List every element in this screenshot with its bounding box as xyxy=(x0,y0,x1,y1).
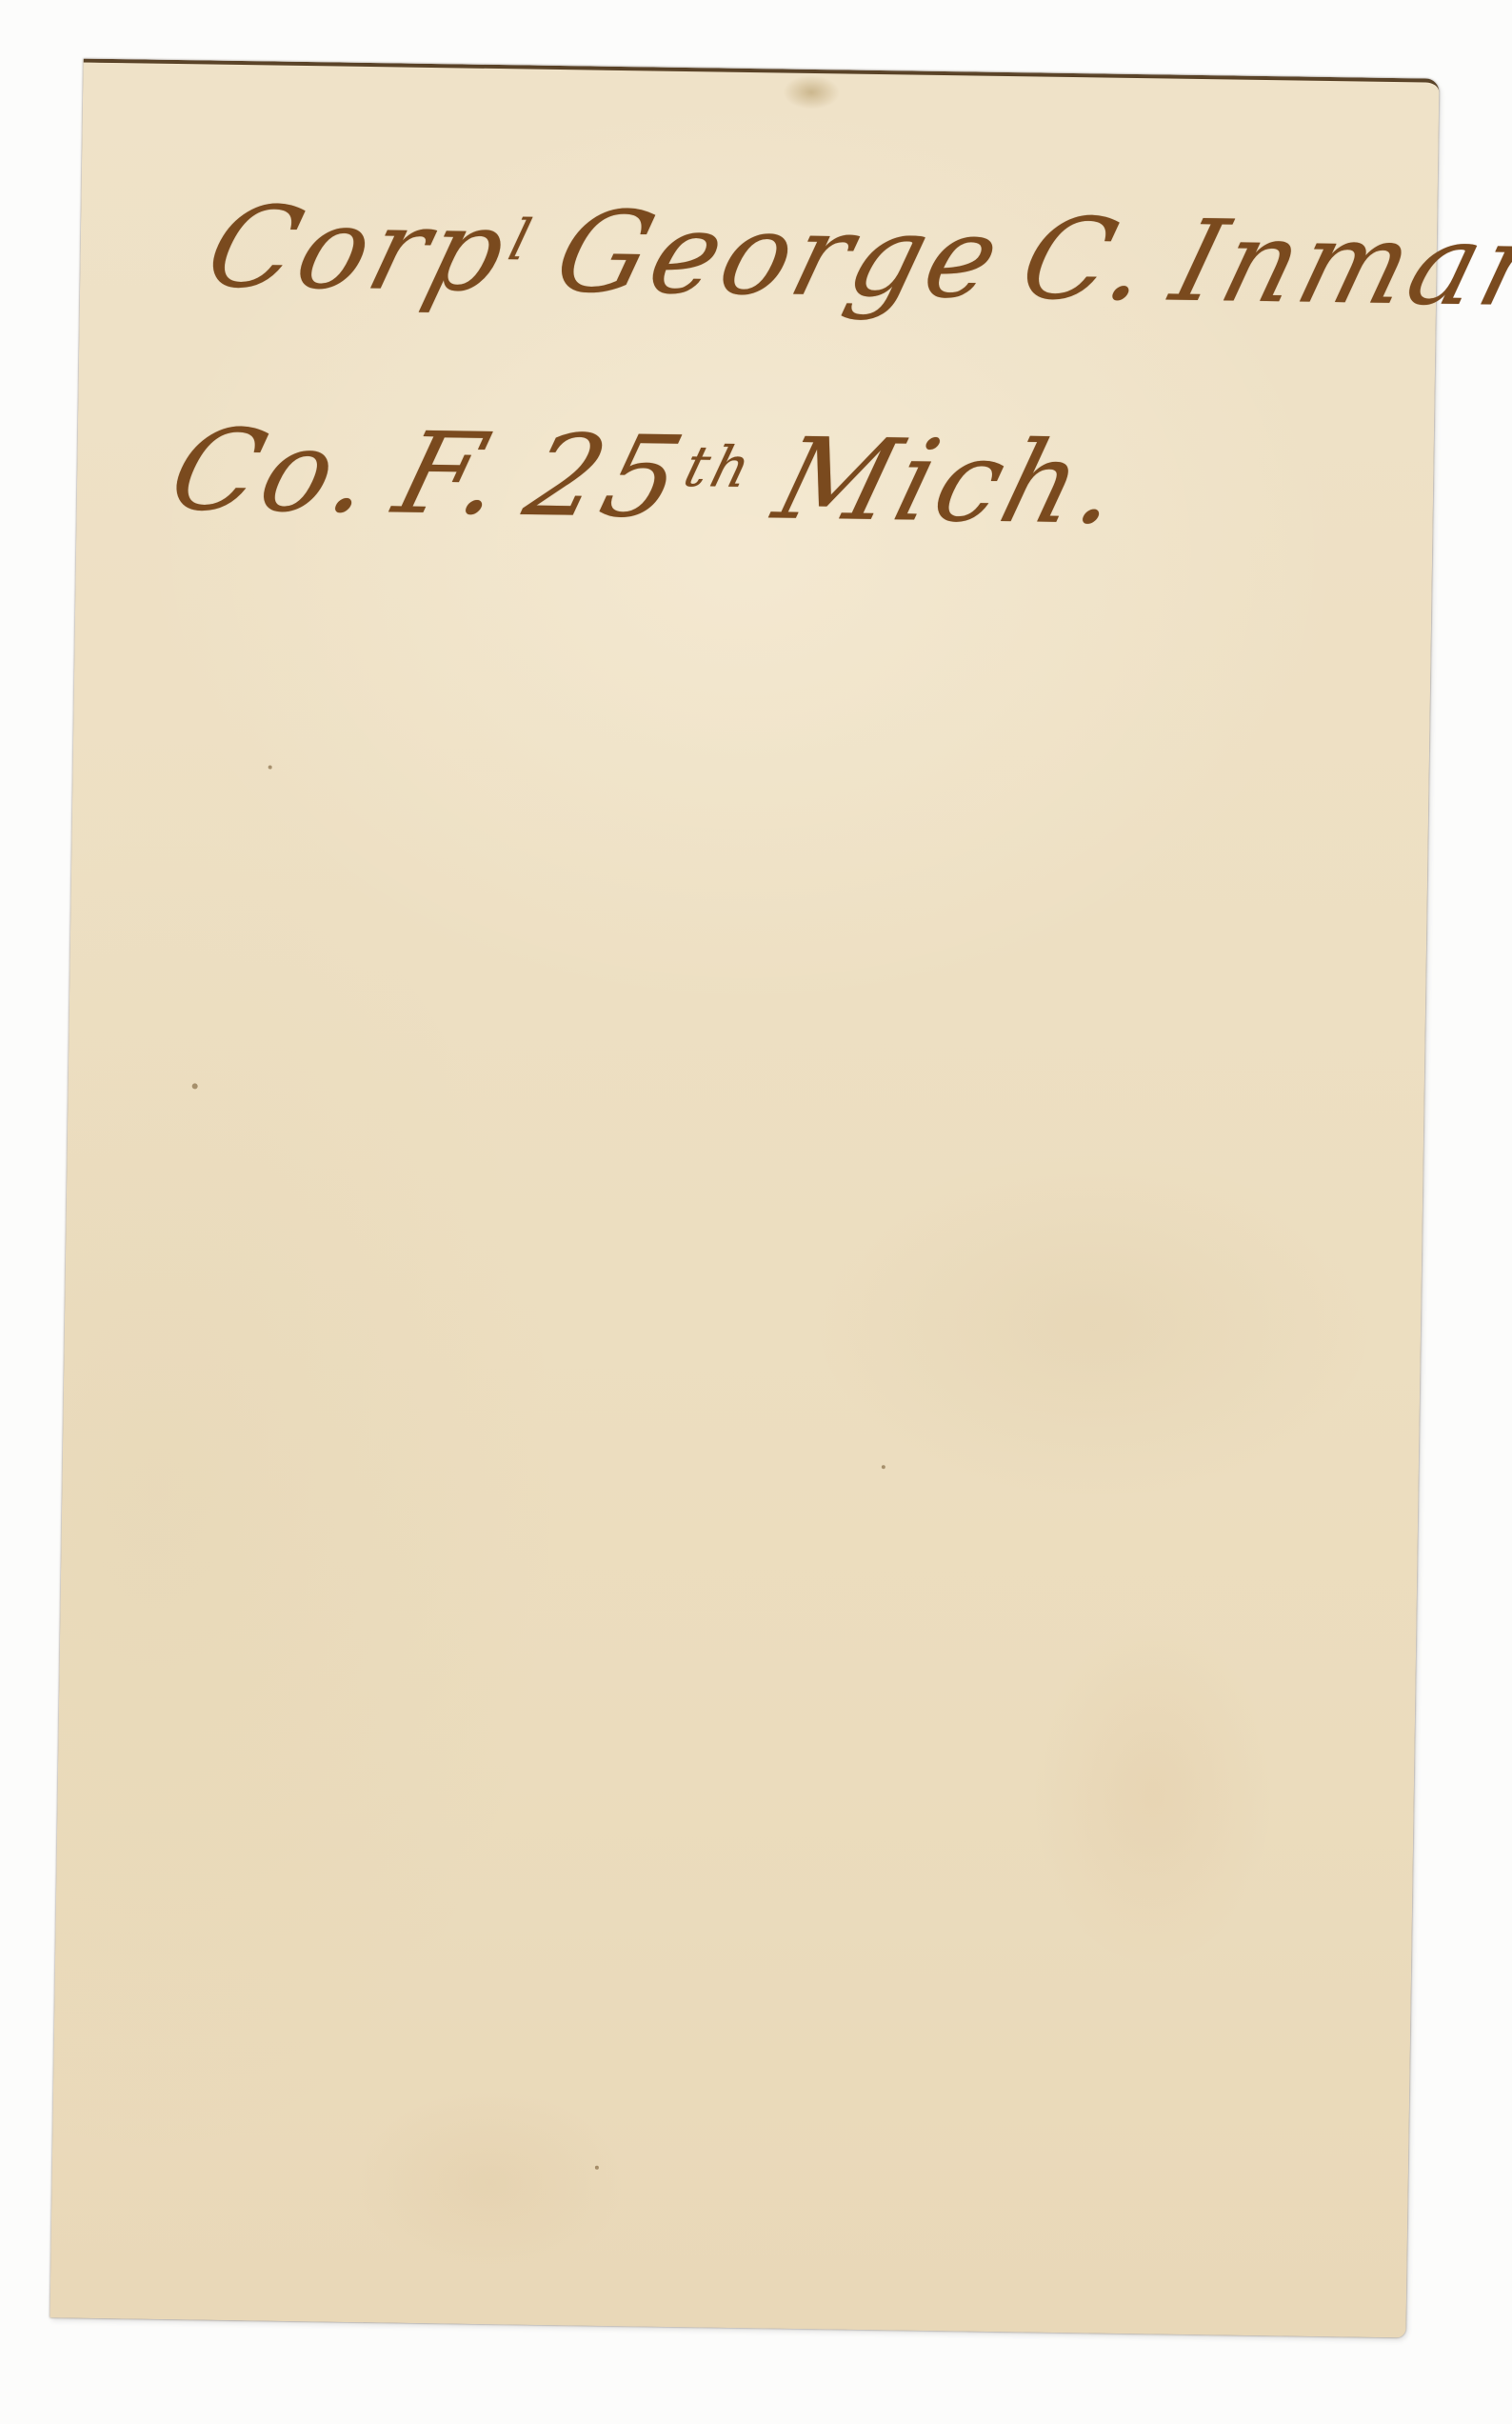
edge-stain xyxy=(783,74,841,110)
inscription-line-name: CorplGeorgeC.Inman xyxy=(194,170,1512,333)
foxing-spot xyxy=(269,766,272,770)
regiment: 25th xyxy=(513,398,774,545)
last-name: Inman xyxy=(1160,194,1512,332)
foxing-spot xyxy=(882,1465,885,1469)
first-name: George xyxy=(543,186,1017,325)
inscription-line-unit: Co.F.25thMich. xyxy=(157,392,1168,551)
foxing-spot xyxy=(595,2166,599,2170)
handwritten-inscription: CorplGeorgeC.Inman Co.F.25thMich. xyxy=(84,63,1440,83)
rank-text: Corp xyxy=(194,181,524,316)
state-abbrev: Mich. xyxy=(763,412,1139,551)
middle-initial: C. xyxy=(1008,192,1169,327)
company-prefix: Co. xyxy=(157,404,391,540)
regiment-number: 25 xyxy=(513,410,699,543)
foxing-spot xyxy=(192,1083,198,1089)
scan-background: CorplGeorgeC.Inman Co.F.25thMich. xyxy=(0,0,1512,2424)
rank-abbrev: Corpl xyxy=(194,170,554,318)
company-letter: F. xyxy=(383,407,522,541)
photo-card-back: CorplGeorgeC.Inman Co.F.25thMich. xyxy=(50,59,1439,2338)
